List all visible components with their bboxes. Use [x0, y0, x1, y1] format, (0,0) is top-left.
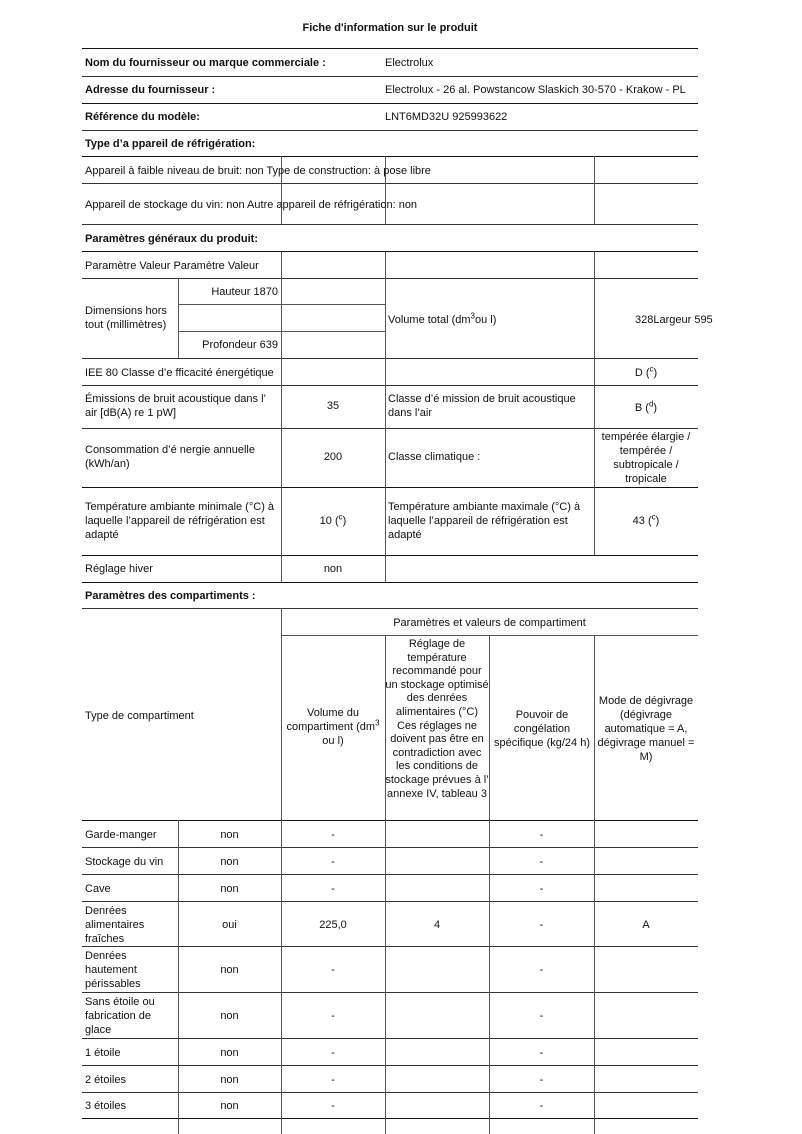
compartment-freeze: -: [489, 1073, 594, 1087]
compartment-present: non: [178, 1073, 281, 1087]
compartment-type: 1 étoile: [85, 1046, 175, 1060]
compartment-volume: -: [281, 963, 385, 977]
volume-total-value: 328Largeur 595: [635, 313, 713, 327]
compartment-present: non: [178, 855, 281, 869]
divider: [178, 278, 179, 358]
appliance-type-row-1: Appareil à faible niveau de bruit: non T…: [85, 164, 431, 178]
divider: [82, 1092, 698, 1093]
noise-class-label: Classe d’é mission de bruit acoustique d…: [388, 392, 592, 420]
divider: [82, 183, 698, 184]
divider: [82, 103, 698, 104]
divider: [82, 847, 698, 848]
divider: [82, 946, 698, 947]
compartment-type: Sans étoile ou fabrication de glace: [85, 995, 175, 1037]
compartment-type: Garde-manger: [85, 828, 175, 842]
consumption-value: 200: [281, 450, 385, 464]
winter-label: Réglage hiver: [85, 562, 153, 576]
compartment-volume: -: [281, 828, 385, 842]
col-defrost-header: Mode de dégivrage (dégivrage automatique…: [595, 694, 697, 764]
compartment-freeze: -: [489, 1046, 594, 1060]
compartment-volume: -: [281, 882, 385, 896]
divider: [82, 156, 698, 157]
col-freeze-header: Pouvoir de congélation spécifique (kg/24…: [490, 708, 594, 750]
divider: [385, 251, 386, 582]
compartment-volume: -: [281, 1046, 385, 1060]
compartments-group-header: Paramètres et valeurs de compartiment: [281, 616, 698, 630]
compartment-freeze: -: [489, 918, 594, 932]
iee-label: IEE 80 Classe d’e fficacité énergétique: [85, 366, 274, 380]
divider: [82, 48, 698, 49]
compartment-present: non: [178, 882, 281, 896]
compartment-present: non: [178, 1099, 281, 1113]
compartment-freeze: -: [489, 963, 594, 977]
tmax-label: Température ambiante maximale (°C) à laq…: [388, 500, 588, 542]
divider: [82, 487, 698, 488]
divider: [82, 385, 698, 386]
climate-label: Classe climatique :: [388, 450, 480, 464]
compartment-type: Denrées hautement périssables: [85, 949, 175, 991]
noise-class-value: B (d): [594, 401, 698, 415]
divider: [82, 874, 698, 875]
divider: [82, 1065, 698, 1066]
appliance-type-row-2: Appareil de stockage du vin: non Autre a…: [85, 198, 417, 212]
compartment-type: Denrées alimentaires fraîches: [85, 904, 175, 946]
divider: [82, 130, 698, 131]
compartment-freeze: -: [489, 855, 594, 869]
compartment-volume: -: [281, 1073, 385, 1087]
height-value: Hauteur 1870: [180, 285, 278, 299]
compartment-type: Cave: [85, 882, 175, 896]
tmax-value: 43 (c): [594, 514, 698, 528]
divider: [82, 358, 698, 359]
divider: [82, 608, 698, 609]
energy-class-value: D (c): [594, 366, 698, 380]
divider: [82, 820, 698, 821]
appliance-type-heading: Type d’a ppareil de réfrigération:: [85, 137, 255, 151]
supplier-address-value: Electrolux - 26 al. Powstancow Slaskich …: [385, 83, 686, 97]
compartment-type: 3 étoiles: [85, 1099, 175, 1113]
col-type-header: Type de compartiment: [85, 709, 194, 723]
divider: [594, 156, 595, 224]
page-title: Fiche d'information sur le produit: [82, 21, 698, 35]
divider: [82, 555, 698, 556]
col-volume-header: Volume du compartiment (dm3 ou l): [282, 706, 384, 748]
general-header-row: Paramètre Valeur Paramètre Valeur: [85, 259, 259, 273]
compartment-freeze: -: [489, 1009, 594, 1023]
divider: [82, 224, 698, 225]
compartment-present: oui: [178, 918, 281, 932]
model-value: LNT6MD32U 925993622: [385, 110, 507, 124]
compartments-heading: Paramètres des compartiments :: [85, 589, 256, 603]
supplier-address-label: Adresse du fournisseur :: [85, 83, 215, 97]
divider: [82, 992, 698, 993]
compartment-volume: 225,0: [281, 918, 385, 932]
model-label: Référence du modèle:: [85, 110, 200, 124]
compartment-volume: -: [281, 1099, 385, 1113]
compartment-present: non: [178, 1046, 281, 1060]
compartment-defrost: A: [594, 918, 698, 932]
supplier-name-value: Electrolux: [385, 56, 433, 70]
volume-total-label: Volume total (dm3ou l): [388, 313, 496, 327]
divider: [82, 76, 698, 77]
noise-label: Émissions de bruit acoustique dans l’ ai…: [85, 392, 277, 420]
col-temp-header: Réglage de température recommandé pour u…: [385, 638, 489, 801]
compartment-freeze: -: [489, 1099, 594, 1113]
divider: [82, 901, 698, 902]
divider: [82, 1118, 698, 1119]
general-heading: Paramètres généraux du produit:: [85, 232, 258, 246]
divider: [281, 251, 282, 582]
divider: [82, 278, 698, 279]
compartment-volume: -: [281, 855, 385, 869]
tmin-label: Température ambiante minimale (°C) à laq…: [85, 500, 280, 542]
divider: [82, 428, 698, 429]
compartment-volume: -: [281, 1009, 385, 1023]
compartment-present: non: [178, 963, 281, 977]
consumption-label: Consommation d’é nergie annuelle (kWh/an…: [85, 443, 277, 471]
divider: [82, 1038, 698, 1039]
compartment-freeze: -: [489, 828, 594, 842]
supplier-name-label: Nom du fournisseur ou marque commerciale…: [85, 56, 326, 70]
compartment-type: 2 étoiles: [85, 1073, 175, 1087]
climate-value: tempérée élargie / tempérée / subtropica…: [596, 430, 696, 486]
noise-value: 35: [281, 399, 385, 413]
divider: [82, 582, 698, 583]
tmin-value: 10 (c): [281, 514, 385, 528]
compartment-present: non: [178, 828, 281, 842]
dimensions-label: Dimensions hors tout (millimètres): [85, 304, 175, 332]
compartment-freeze: -: [489, 882, 594, 896]
depth-value: Profondeur 639: [180, 338, 278, 352]
compartment-present: non: [178, 1009, 281, 1023]
compartment-temp: 4: [385, 918, 489, 932]
divider: [82, 251, 698, 252]
compartment-type: Stockage du vin: [85, 855, 175, 869]
winter-value: non: [281, 562, 385, 576]
